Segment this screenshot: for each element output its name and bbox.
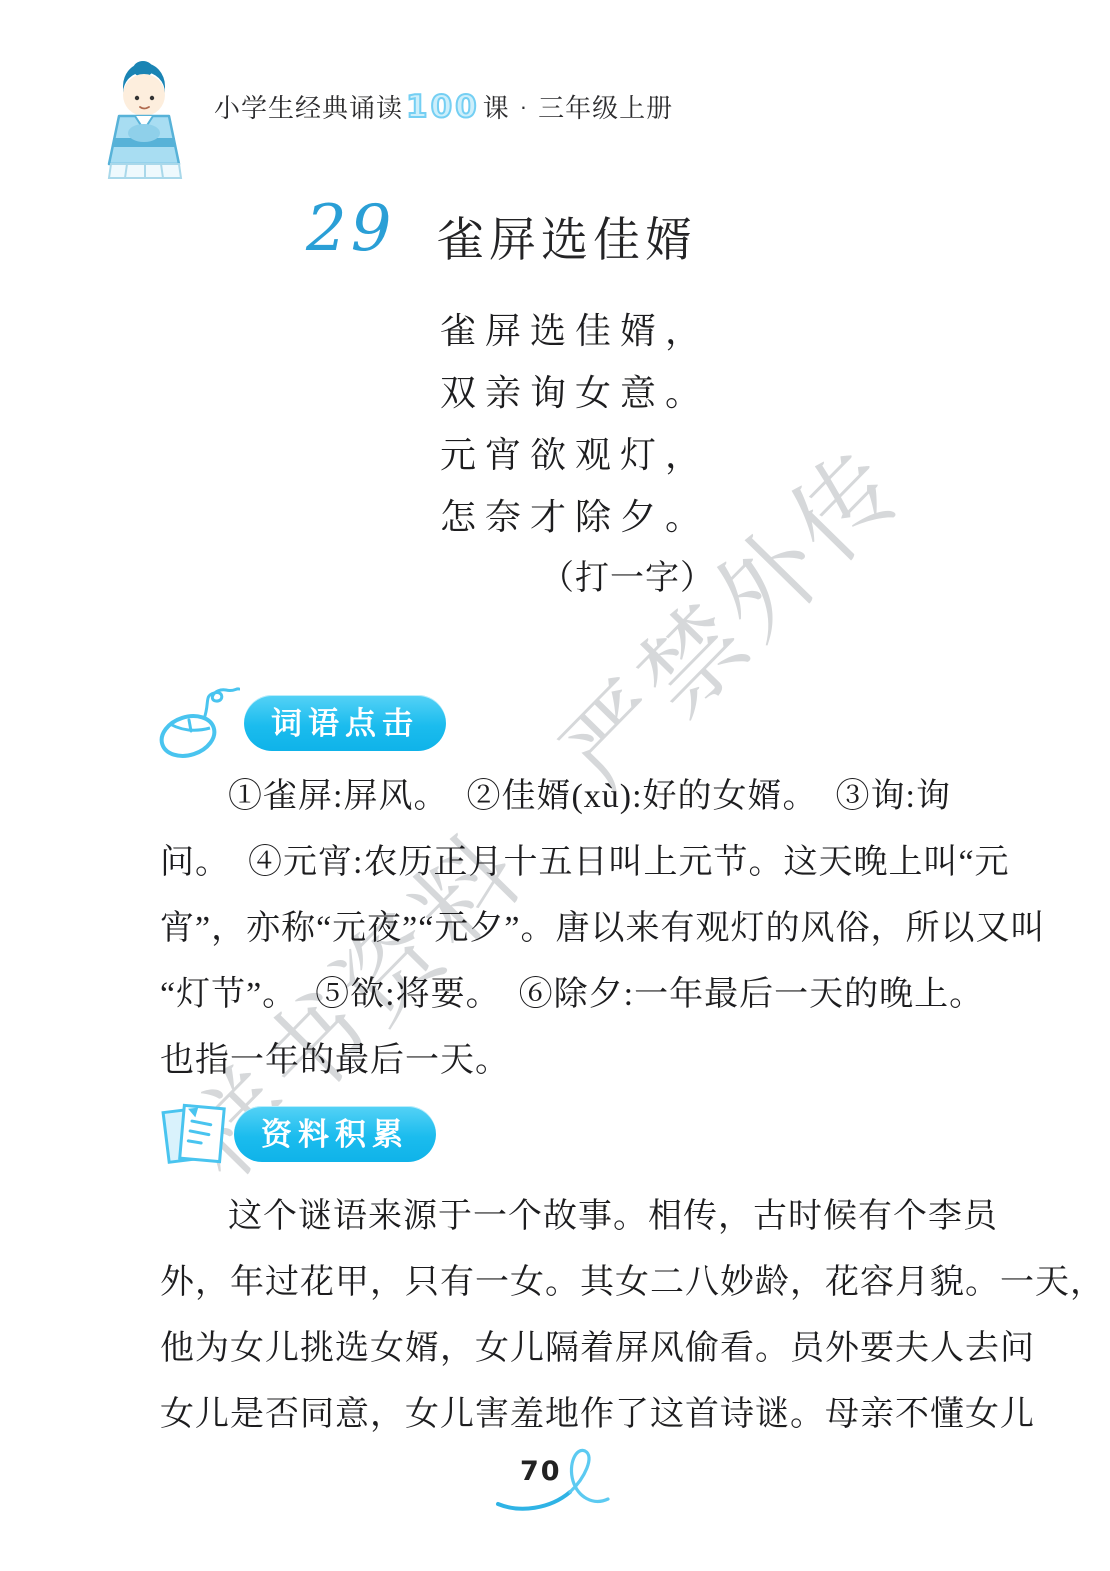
book-page: 样书资料 严禁外传 小学生经典诵读100课·三年级上册 bbox=[0, 0, 1110, 1571]
story-badge: 资料积累 bbox=[234, 1106, 436, 1162]
riddle-hint: （打一字） bbox=[540, 548, 715, 610]
story-line: 外，年过花甲，只有一女。其女二八妙龄，花容月貌。一天， bbox=[160, 1250, 960, 1316]
page-header: 小学生经典诵读100课·三年级上册 bbox=[96, 58, 673, 186]
mouse-icon bbox=[158, 686, 240, 760]
story-line: 女儿是否同意，女儿害羞地作了这首诗谜。母亲不懂女儿 bbox=[160, 1382, 960, 1448]
boy-mascot-icon bbox=[96, 58, 198, 186]
glossary-section-header: 词语点击 bbox=[158, 686, 446, 760]
glossary-line: “灯节”。 ⑤欲:将要。 ⑥除夕:一年最后一天的晚上。 bbox=[160, 962, 960, 1028]
glossary-paragraph: ①雀屏:屏风。 ②佳婿(xù):好的女婿。 ③询:询 问。 ④元宵:农历正月十五… bbox=[160, 764, 960, 1094]
title-separator-dot: · bbox=[520, 94, 528, 120]
poem-line: 怎奈才除夕。 bbox=[440, 486, 715, 548]
series-number-100: 100 bbox=[406, 89, 480, 125]
series-title-suffix: 课 bbox=[483, 88, 510, 125]
glossary-badge: 词语点击 bbox=[244, 695, 446, 751]
glossary-line: 宵”，亦称“元夜”“元夕”。唐以来有观灯的风俗，所以又叫 bbox=[160, 896, 960, 962]
series-title-text: 小学生经典诵读 bbox=[214, 88, 403, 125]
notes-icon bbox=[158, 1098, 230, 1170]
riddle-poem: 雀屏选佳婿， 双亲询女意。 元宵欲观灯， 怎奈才除夕。 （打一字） bbox=[440, 300, 715, 610]
series-title: 小学生经典诵读100课·三年级上册 bbox=[214, 88, 673, 125]
glossary-line: ①雀屏:屏风。 ②佳婿(xù):好的女婿。 ③询:询 bbox=[160, 764, 960, 830]
flourish-swirl-icon bbox=[492, 1444, 632, 1520]
page-footer: 70 bbox=[492, 1444, 642, 1520]
page-number: 70 bbox=[520, 1456, 562, 1487]
glossary-line: 问。 ④元宵:农历正月十五日叫上元节。这天晚上叫“元 bbox=[160, 830, 960, 896]
story-line: 他为女儿挑选女婿，女儿隔着屏风偷看。员外要夫人去问 bbox=[160, 1316, 960, 1382]
lesson-title: 雀屏选佳婿 bbox=[437, 203, 697, 270]
glossary-line: 也指一年的最后一天。 bbox=[160, 1028, 960, 1094]
story-paragraph: 这个谜语来源于一个故事。相传，古时候有个李员 外，年过花甲，只有一女。其女二八妙… bbox=[160, 1184, 960, 1448]
lesson-number: 29 bbox=[306, 192, 395, 266]
poem-line: 双亲询女意。 bbox=[440, 362, 715, 424]
volume-label: 三年级上册 bbox=[538, 88, 673, 125]
poem-line: 元宵欲观灯， bbox=[440, 424, 715, 486]
poem-line: 雀屏选佳婿， bbox=[440, 300, 715, 362]
story-section-header: 资料积累 bbox=[158, 1098, 436, 1170]
story-line: 这个谜语来源于一个故事。相传，古时候有个李员 bbox=[160, 1184, 960, 1250]
